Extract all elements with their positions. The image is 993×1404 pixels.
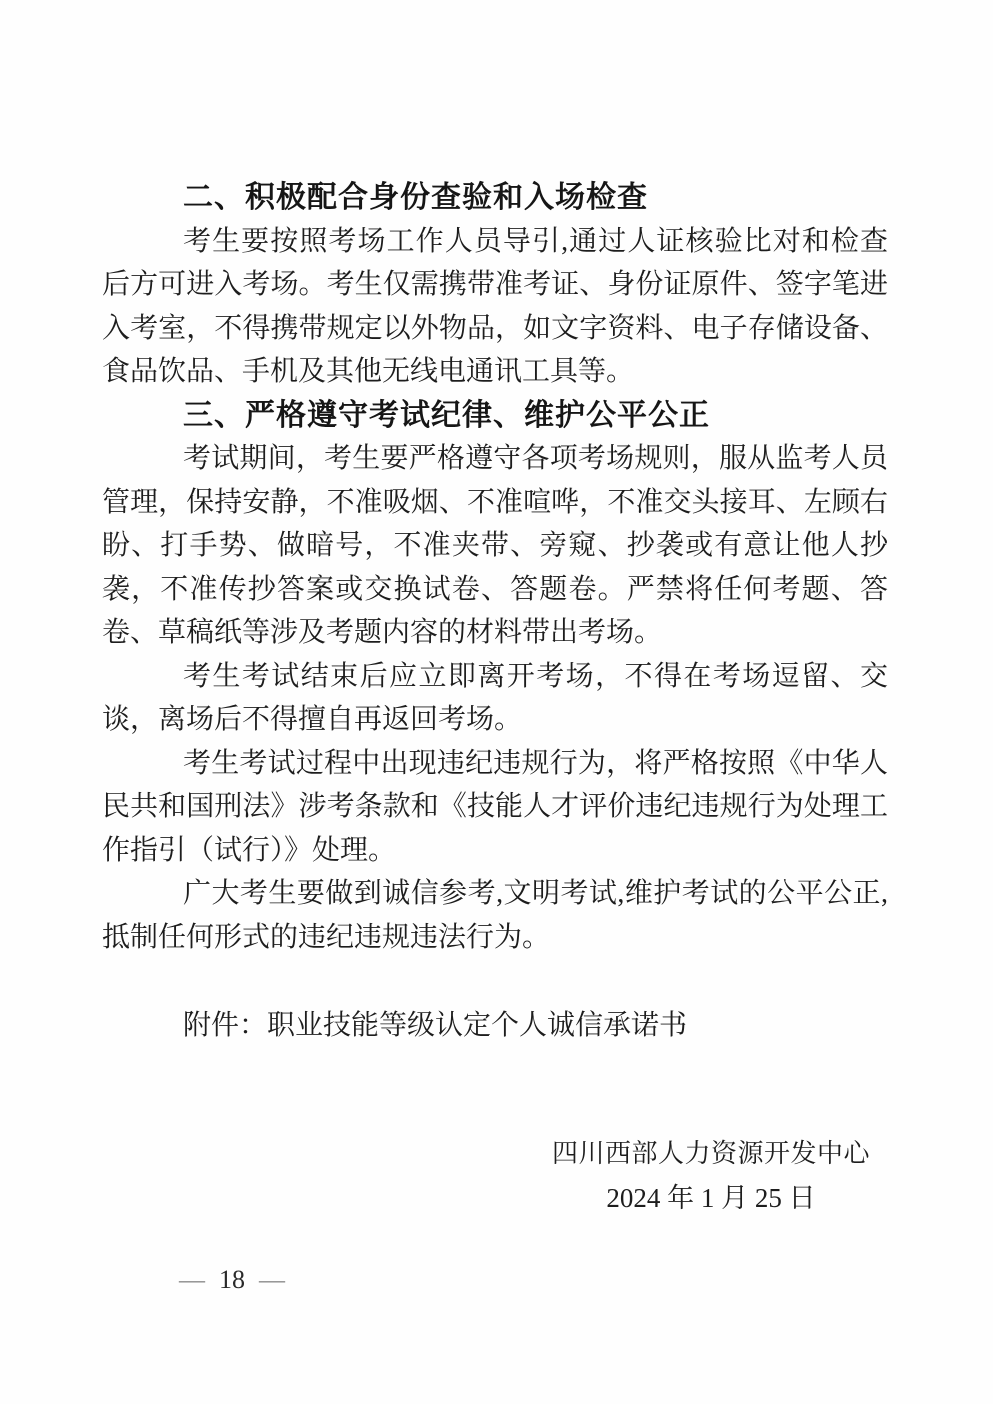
page-number-right-dash: — [245,1265,299,1294]
signature-area: 四川西部人力资源开发中心 2024 年 1 月 25 日 [102,1132,888,1223]
page-number-value: 18 [219,1265,245,1294]
signature-block: 四川西部人力资源开发中心 2024 年 1 月 25 日 [552,1132,870,1223]
document-page: 二、积极配合身份查验和入场检查 考生要按照考场工作人员导引,通过人证核验比对和检… [0,0,993,1404]
page-number: —18— [165,1258,888,1302]
section-2-heading: 二、积极配合身份查验和入场检查 [102,176,888,220]
section-2-paragraph: 考生要按照考场工作人员导引,通过人证核验比对和检查后方可进入考场。考生仅需携带准… [102,220,888,394]
page-number-left-dash: — [165,1265,219,1294]
section-3-paragraph-4: 广大考生要做到诚信参考,文明考试,维护考试的公平公正,抵制任何形式的违纪违规违法… [102,872,888,959]
section-3-paragraph-1: 考试期间，考生要严格遵守各项考场规则，服从监考人员管理，保持安静，不准吸烟、不准… [102,437,888,655]
signature-organization: 四川西部人力资源开发中心 [552,1132,870,1176]
section-3-paragraph-2: 考生考试结束后应立即离开考场，不得在考场逗留、交谈，离场后不得擅自再返回考场。 [102,655,888,742]
signature-date: 2024 年 1 月 25 日 [552,1175,870,1222]
section-3-paragraph-3: 考生考试过程中出现违纪违规行为，将严格按照《中华人民共和国刑法》涉考条款和《技能… [102,742,888,873]
attachment-line: 附件：职业技能等级认定个人诚信承诺书 [102,1004,888,1048]
document-content: 二、积极配合身份查验和入场检查 考生要按照考场工作人员导引,通过人证核验比对和检… [0,0,993,1302]
section-3-heading: 三、严格遵守考试纪律、维护公平公正 [102,394,888,438]
